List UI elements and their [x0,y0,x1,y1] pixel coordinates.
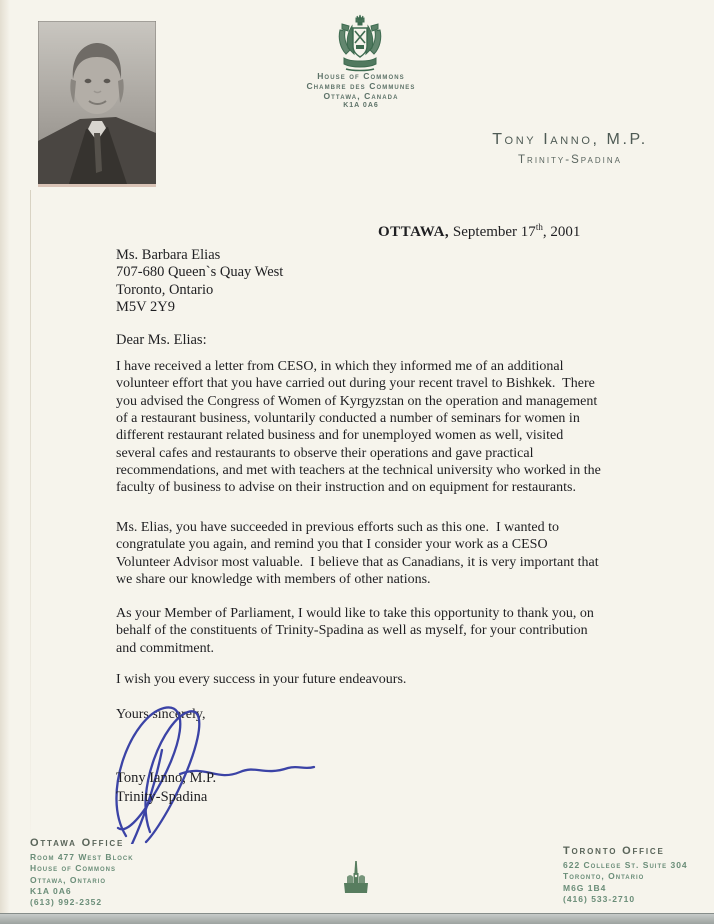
footer-line: Ottawa, Ontario [30,875,134,886]
footer-title: Ottawa Office [30,837,134,849]
footer-line: K1A 0A6 [30,886,134,897]
body-line: I wish you every success in your future … [116,671,406,688]
body-line: behalf of the constituents of Trinity-Sp… [116,622,594,639]
org-postal-code: K1A 0A6 [261,101,461,111]
portrait-photo [38,21,156,187]
body-line: volunteer effort that you have carried o… [116,375,601,392]
body-line: faculty of business to advise on their i… [116,479,601,496]
footer-line: Room 477 West Block [30,852,134,863]
scan-edge-strip [0,913,714,924]
body-line: As your Member of Parliament, I would li… [116,605,594,622]
paper-crease [30,190,31,880]
address-line: Toronto, Ontario [116,282,283,299]
body-line: Ms. Elias, you have succeeded in previou… [116,519,599,536]
signed-name: Tony Ianno, M.P. [116,769,216,788]
body-line: different restaurant related business an… [116,427,601,444]
footer-line: M6G 1B4 [563,883,688,894]
footer-title: Toronto Office [563,845,688,857]
footer-line: House of Commons [30,863,134,874]
signature-block: Tony Ianno, M.P. Trinity-Spadina [116,769,216,807]
paragraph-3: As your Member of Parliament, I would li… [116,605,594,657]
body-line: and commitment. [116,640,594,657]
date-year: , 2001 [543,224,581,240]
body-line: Volunteer Advisor most valuable. I belie… [116,554,599,571]
footer-line: 622 College St. Suite 304 [563,860,688,871]
recipient-address: Ms. Barbara Elias 707-680 Queen`s Quay W… [116,247,283,316]
address-line: Ms. Barbara Elias [116,247,283,264]
address-line: 707-680 Queen`s Quay West [116,264,283,281]
scanned-letter: House of Commons Chambre des Communes Ot… [0,0,714,924]
address-line: M5V 2Y9 [116,299,283,316]
body-line: you advised the Congress of Women of Kyr… [116,393,601,410]
body-line: several cafes and restaurants to observe… [116,445,601,462]
letterhead-org: House of Commons Chambre des Communes Ot… [261,72,461,111]
body-line: we share our knowledge with members of o… [116,571,599,588]
body-line: of a restaurant business, voluntarily co… [116,410,601,427]
body-line: Yours sincerely, [116,706,205,723]
footer-ottawa-office: Ottawa Office Room 477 West Block House … [30,837,134,908]
date-city: OTTAWA, [378,224,449,240]
date-line: OTTAWA, September 17th, 2001 [378,222,580,241]
footer-line: (613) 992-2352 [30,897,134,908]
paragraph-1: I have received a letter from CESO, in w… [116,358,601,497]
footer-line: Toronto, Ontario [563,871,688,882]
footer-toronto-office: Toronto Office 622 College St. Suite 304… [563,845,688,905]
mp-name: Tony Ianno, M.P. [470,131,670,149]
signed-riding: Trinity-Spadina [116,788,216,807]
mp-name-block: Tony Ianno, M.P. Trinity-Spadina [470,131,670,166]
closing-line: I wish you every success in your future … [116,671,406,688]
body-line: congratulate you again, and remind you t… [116,536,599,553]
peace-tower-icon [341,861,371,897]
paragraph-2: Ms. Elias, you have succeeded in previou… [116,519,599,588]
salutation: Dear Ms. Elias: [116,332,207,349]
house-of-commons-crest-icon [336,14,384,74]
date-main: September 17 [449,224,536,240]
body-line: I have received a letter from CESO, in w… [116,358,601,375]
date-ordinal: th [536,222,543,232]
org-line: Ottawa, Canada [261,92,461,102]
footer-line: (416) 533-2710 [563,894,688,905]
body-line: recommendations, and met with teachers a… [116,462,601,479]
mp-riding: Trinity-Spadina [470,154,670,166]
valediction: Yours sincerely, [116,706,205,723]
